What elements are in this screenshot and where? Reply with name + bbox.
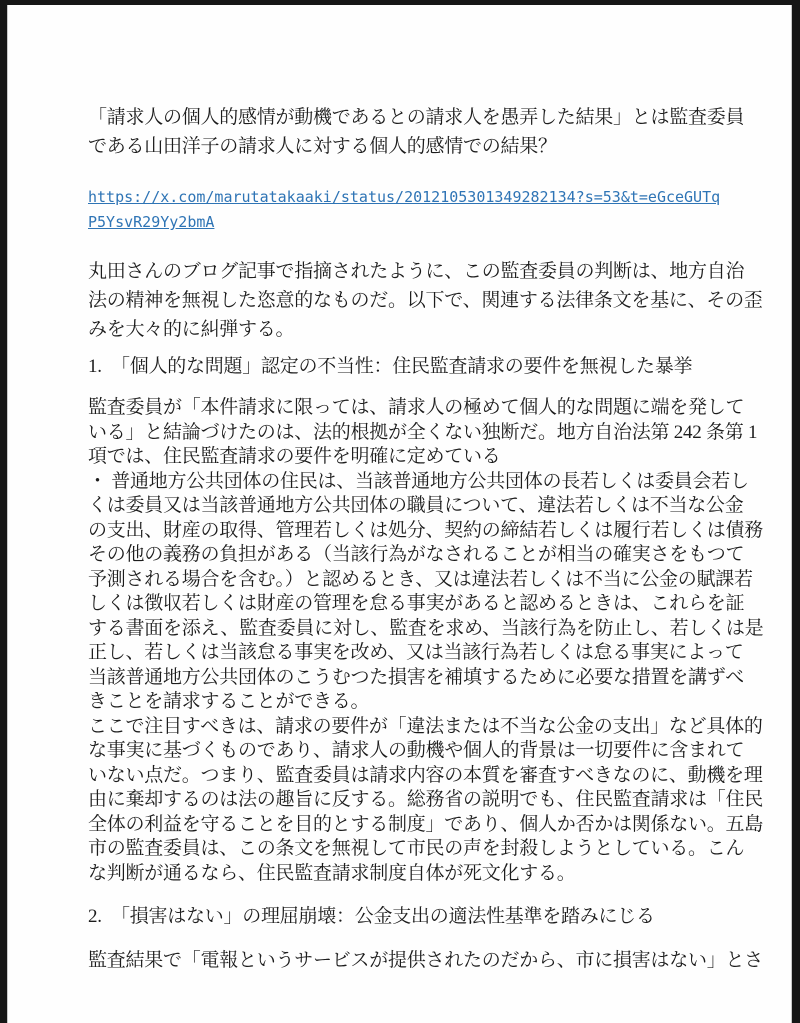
question-line: 「請求人の個人的感情が動機であるとの請求人を愚弄した結果」とは監査委員 <box>88 103 733 132</box>
tweet-link-line[interactable]: P5YsvR29Yy2bmA <box>88 213 214 231</box>
tweet-link-block: https://x.com/marutatakaaki/status/20121… <box>88 185 733 235</box>
body-line: する書面を添え、監査委員に対し、監査を求め、当該行為を防止し、若しくは是 <box>88 617 733 642</box>
body-line: しくは徴収若しくは財産の管理を怠る事実があると認めるときは、これらを証 <box>88 592 733 617</box>
body-line: 全体の利益を守ることを目的とする制度」であり、個人か否かは関係ない。五島 <box>88 813 733 838</box>
body-line: 項では、住民監査請求の要件を明確に定めている <box>88 445 733 470</box>
section1-body: 監査委員が「本件請求に限っては、請求人の極めて個人的な問題に端を発して いる」と… <box>88 396 733 886</box>
tweet-link[interactable]: https://x.com/marutatakaaki/status/20121… <box>88 185 733 235</box>
body-line: 正し、若しくは当該怠る事実を改め、又は当該行為若しくは怠る事実によって <box>88 641 733 666</box>
frame-top-edge <box>0 0 800 5</box>
intro-line: みを大々的に糾弾する。 <box>88 315 733 344</box>
body-line: ここで注目すべきは、請求の要件が「違法または不当な公金の支出」など具体的 <box>88 715 733 740</box>
section1-heading: 1. 「個人的な問題」認定の不当性：住民監査請求の要件を無視した暴挙 <box>88 354 733 379</box>
intro-line: 丸田さんのブログ記事で指摘されたように、この監査委員の判断は、地方自治 <box>88 257 733 286</box>
intro-paragraph: 丸田さんのブログ記事で指摘されたように、この監査委員の判断は、地方自治 法の精神… <box>88 257 733 344</box>
body-line: の支出、財産の取得、管理若しくは処分、契約の締結若しくは履行若しくは債務 <box>88 519 733 544</box>
frame-left-edge <box>0 0 8 1023</box>
body-line: いる」と結論づけたのは、法的根拠が全くない独断だ。地方自治法第 242 条第 1 <box>88 421 733 446</box>
body-line: ・ 普通地方公共団体の住民は、当該普通地方公共団体の長若しくは委員会若し <box>88 470 733 495</box>
body-line: きことを請求することができる。 <box>88 690 733 715</box>
section2-heading: 2. 「損害はない」の理屈崩壊：公金支出の適法性基準を踏みにじる <box>88 904 733 929</box>
intro-line: 法の精神を無視した恣意的なものだ。以下で、関連する法律条文を基に、その歪 <box>88 286 733 315</box>
body-line: その他の義務の負担がある（当該行為がなされることが相当の確実さをもつて <box>88 543 733 568</box>
body-line: いない点だ。つまり、監査委員は請求内容の本質を審査すべきなのに、動機を理 <box>88 764 733 789</box>
body-line: 市の監査委員は、この条文を無視して市民の声を封殺しようとしている。こん <box>88 837 733 862</box>
section2-heading-text: 2. 「損害はない」の理屈崩壊：公金支出の適法性基準を踏みにじる <box>88 904 733 929</box>
body-line: 予測される場合を含む。）と認めるとき、又は違法若しくは不当に公金の賦課若 <box>88 568 733 593</box>
section2-body: 監査結果で「電報というサービスが提供されたのだから、市に損害はない」とさ <box>88 948 733 973</box>
tweet-link-line[interactable]: https://x.com/marutatakaaki/status/20121… <box>88 188 720 206</box>
question-line: である山田洋子の請求人に対する個人的感情での結果？ <box>88 132 733 161</box>
document-content: 「請求人の個人的感情が動機であるとの請求人を愚弄した結果」とは監査委員 である山… <box>88 0 733 973</box>
section1-heading-text: 1. 「個人的な問題」認定の不当性：住民監査請求の要件を無視した暴挙 <box>88 354 733 379</box>
question-paragraph: 「請求人の個人的感情が動機であるとの請求人を愚弄した結果」とは監査委員 である山… <box>88 103 733 161</box>
body-line: くは委員又は当該普通地方公共団体の職員について、違法若しくは不当な公金 <box>88 494 733 519</box>
body-line: 監査結果で「電報というサービスが提供されたのだから、市に損害はない」とさ <box>88 948 733 973</box>
body-line: な判断が通るなら、住民監査請求制度自体が死文化する。 <box>88 862 733 887</box>
body-line: 監査委員が「本件請求に限っては、請求人の極めて個人的な問題に端を発して <box>88 396 733 421</box>
body-line: 当該普通地方公共団体のこうむつた損害を補填するために必要な措置を講ずべ <box>88 666 733 691</box>
frame-right-edge <box>791 0 800 1023</box>
document-page: 「請求人の個人的感情が動機であるとの請求人を愚弄した結果」とは監査委員 である山… <box>0 0 800 1023</box>
body-line: な事実に基づくものであり、請求人の動機や個人的背景は一切要件に含まれて <box>88 739 733 764</box>
body-line: 由に棄却するのは法の趣旨に反する。総務省の説明でも、住民監査請求は「住民 <box>88 788 733 813</box>
